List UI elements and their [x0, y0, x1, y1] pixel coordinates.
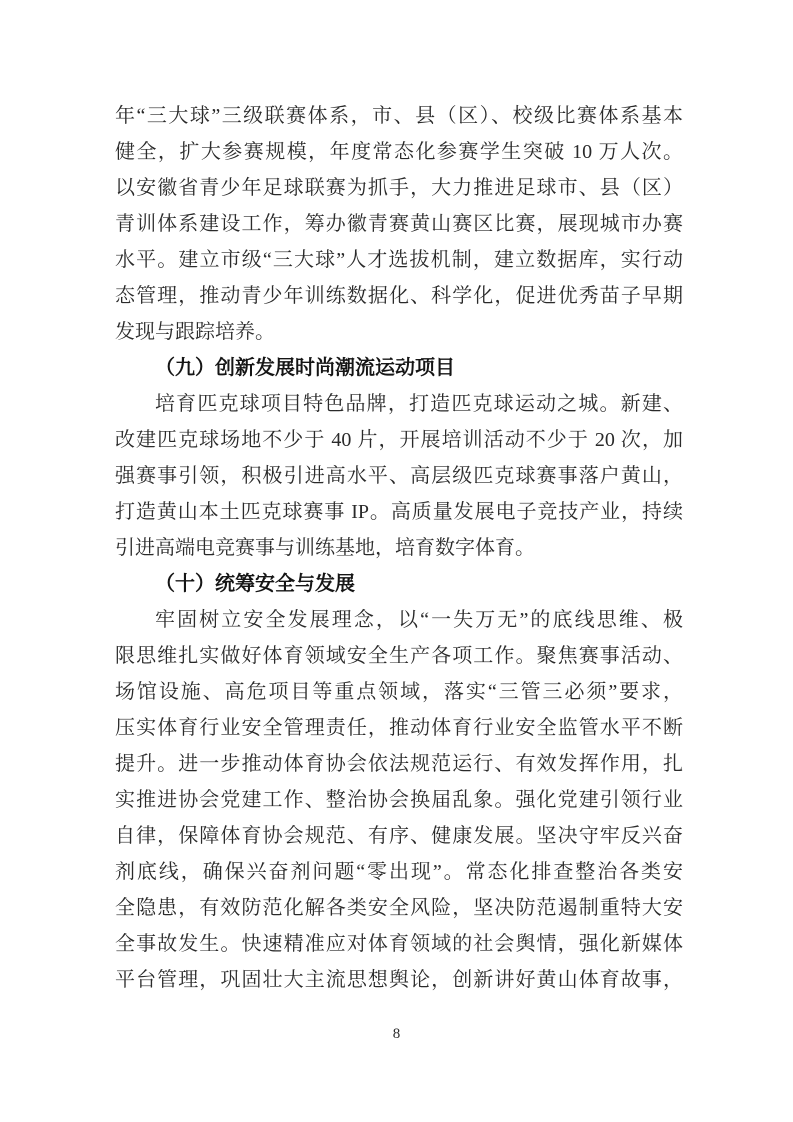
text-line: 态管理，推动青少年训练数据化、科学化，促进优秀苗子早期 [115, 278, 683, 314]
text-line: 压实体育行业安全管理责任，推动体育行业安全监管水平不断 [115, 710, 683, 746]
text-line: 提升。进一步推动体育协会依法规范运行、有效发挥作用，扎 [115, 746, 683, 782]
text-line: 全隐患，有效防范化解各类安全风险，坚决防范遏制重特大安 [115, 890, 683, 926]
text-line: 牢固树立安全发展理念，以“一失万无”的底线思维、极 [115, 602, 683, 638]
text-line: 以安徽省青少年足球联赛为抓手，大力推进足球市、县（区） [115, 170, 683, 206]
section-heading: （十）统筹安全与发展 [115, 566, 683, 602]
section-heading: （九）创新发展时尚潮流运动项目 [115, 350, 683, 386]
page-footer: 8 [0, 1024, 793, 1044]
text-line: 自律，保障体育协会规范、有序、健康发展。坚决守牢反兴奋 [115, 818, 683, 854]
text-line: 引进高端电竞赛事与训练基地，培育数字体育。 [115, 530, 683, 566]
text-line: 强赛事引领，积极引进高水平、高层级匹克球赛事落户黄山， [115, 458, 683, 494]
text-line: 培育匹克球项目特色品牌，打造匹克球运动之城。新建、 [115, 386, 683, 422]
text-line: 实推进协会党建工作、整治协会换届乱象。强化党建引领行业 [115, 782, 683, 818]
text-line: 打造黄山本土匹克球赛事 IP。高质量发展电子竞技产业，持续 [115, 494, 683, 530]
text-line: 剂底线，确保兴奋剂问题“零出现”。常态化排查整治各类安 [115, 854, 683, 890]
text-line: 发现与跟踪培养。 [115, 314, 683, 350]
text-line: 全事故发生。快速精准应对体育领域的社会舆情，强化新媒体 [115, 926, 683, 962]
text-line: 健全，扩大参赛规模，年度常态化参赛学生突破 10 万人次。 [115, 134, 683, 170]
text-line: 平台管理，巩固壮大主流思想舆论，创新讲好黄山体育故事， [115, 962, 683, 998]
text-line: 青训体系建设工作，筹办徽青赛黄山赛区比赛，展现城市办赛 [115, 206, 683, 242]
text-line: 限思维扎实做好体育领域安全生产各项工作。聚焦赛事活动、 [115, 638, 683, 674]
text-line: 场馆设施、高危项目等重点领域，落实“三管三必须”要求， [115, 674, 683, 710]
document-body: 年“三大球”三级联赛体系，市、县（区）、校级比赛体系基本健全，扩大参赛规模，年度… [115, 98, 683, 998]
text-line: 改建匹克球场地不少于 40 片，开展培训活动不少于 20 次，加 [115, 422, 683, 458]
text-line: 年“三大球”三级联赛体系，市、县（区）、校级比赛体系基本 [115, 98, 683, 134]
page-number: 8 [393, 1026, 401, 1042]
text-line: 水平。建立市级“三大球”人才选拔机制，建立数据库，实行动 [115, 242, 683, 278]
document-page: 年“三大球”三级联赛体系，市、县（区）、校级比赛体系基本健全，扩大参赛规模，年度… [0, 0, 793, 1122]
